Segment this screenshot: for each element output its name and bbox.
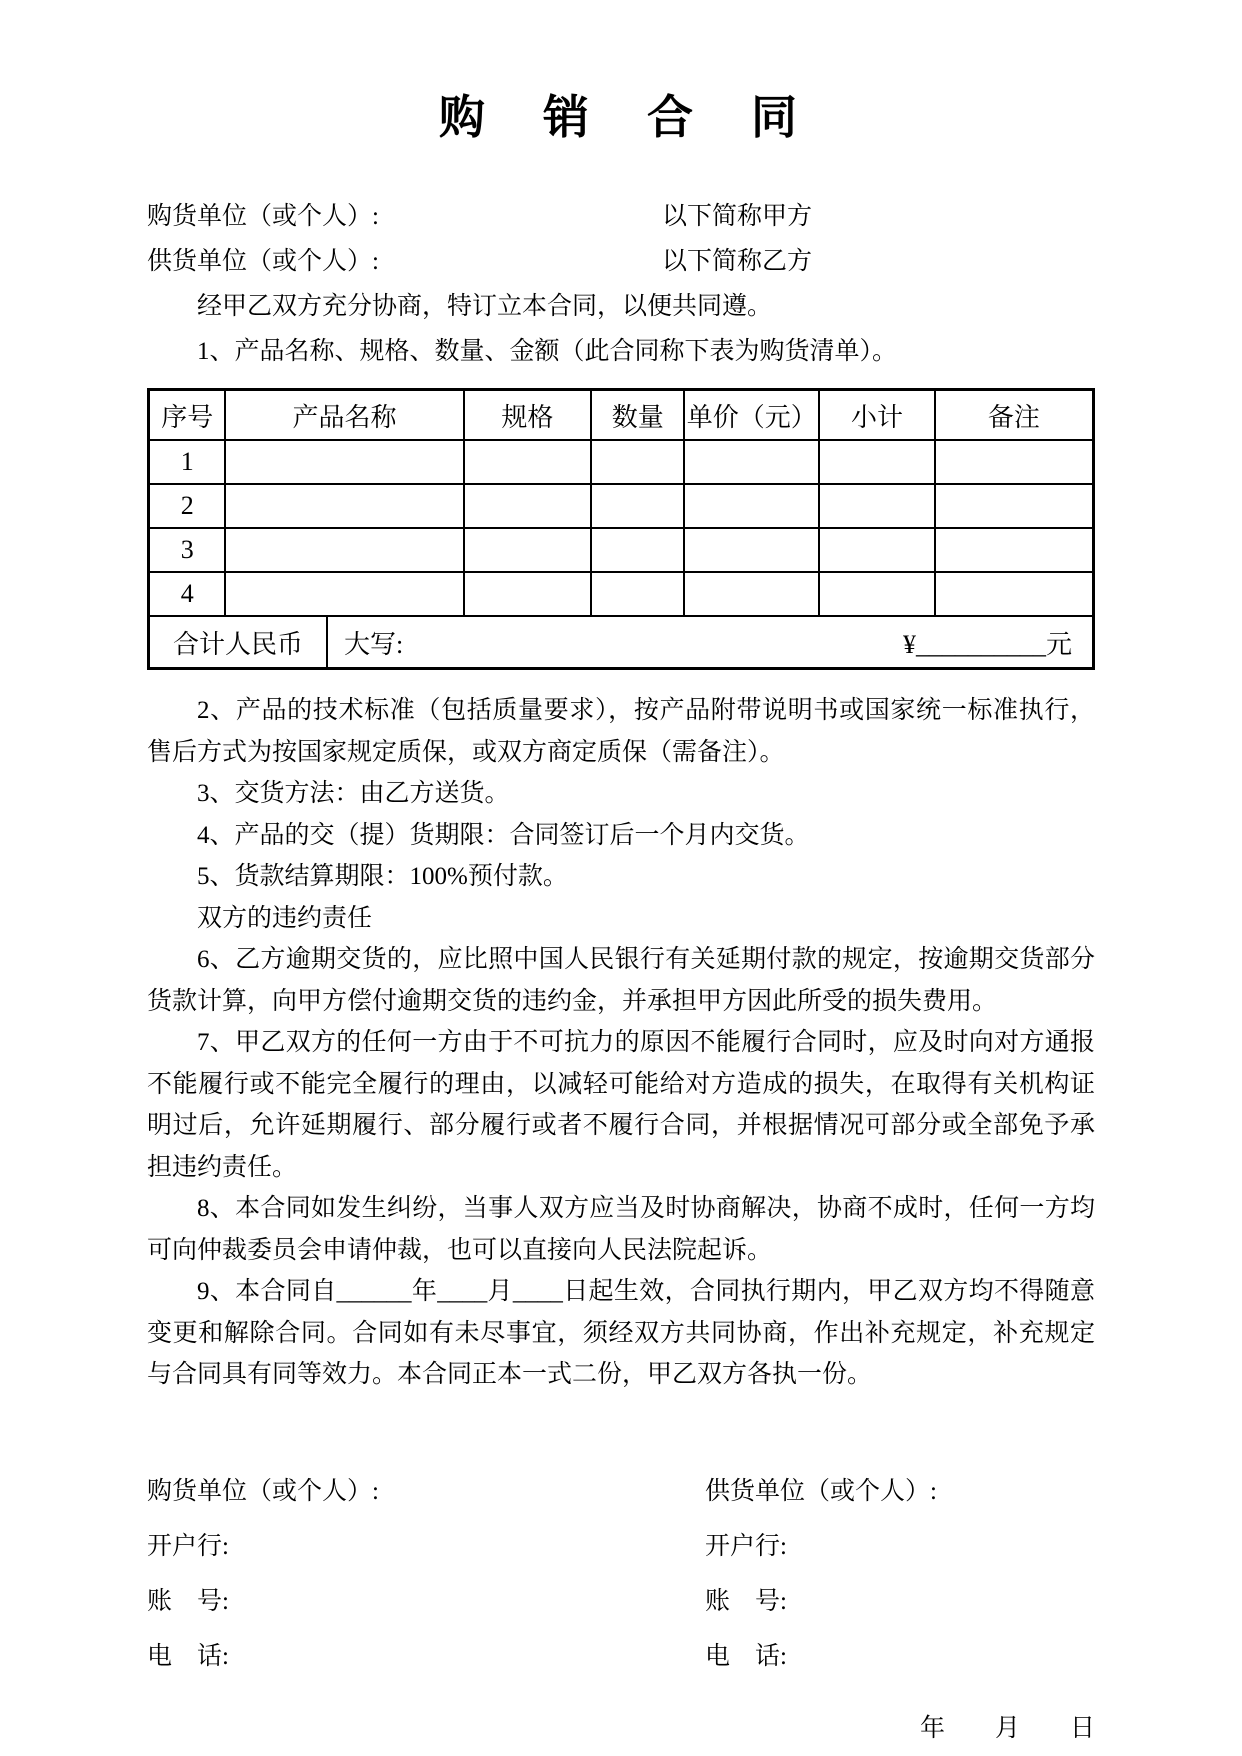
cell-spec — [464, 572, 592, 615]
seller-phone-label: 电 话: — [705, 1636, 1095, 1672]
cell-name — [225, 484, 463, 528]
seller-alias: 以下简称乙方 — [662, 239, 812, 284]
clause-4: 4、产品的交（提）货期限：合同签订后一个月内交货。 — [147, 815, 1095, 857]
clause-9: 9、本合同自______年____月____日起生效，合同执行期内，甲乙双方均不… — [147, 1271, 1095, 1396]
cell-price — [684, 572, 819, 615]
clause-6: 6、乙方逾期交货的，应比照中国人民银行有关延期付款的规定，按逾期交货部分货款计算… — [147, 939, 1095, 1022]
header-spec: 规格 — [464, 391, 592, 440]
seller-line: 供货单位（或个人）: 以下简称乙方 — [147, 239, 1095, 284]
clause-8: 8、本合同如发生纠纷，当事人双方应当及时协商解决，协商不成时，任何一方均可向仲裁… — [147, 1188, 1095, 1271]
cell-seq: 4 — [150, 572, 225, 615]
cell-price — [684, 484, 819, 528]
intro-block: 购货单位（或个人）: 以下简称甲方 供货单位（或个人）: 以下简称乙方 经甲乙双… — [147, 194, 1095, 374]
clauses-block: 2、产品的技术标准（包括质量要求），按产品附带说明书或国家统一标准执行，售后方式… — [147, 690, 1095, 1396]
clause-7: 7、甲乙双方的任何一方由于不可抗力的原因不能履行合同时，应及时向对方通报不能履行… — [147, 1022, 1095, 1188]
contract-document-page: 购 销 合 同 购货单位（或个人）: 以下简称甲方 供货单位（或个人）: 以下简… — [0, 0, 1242, 1756]
table-header-row: 序号 产品名称 规格 数量 单价（元） 小计 备注 — [150, 391, 1092, 440]
cell-subtotal — [819, 572, 934, 615]
seller-label: 供货单位（或个人）: — [147, 239, 662, 284]
cell-subtotal — [819, 528, 934, 572]
total-daxie-cell: 大写: ¥__________元 — [328, 624, 1092, 661]
cell-seq: 2 — [150, 484, 225, 528]
cell-subtotal — [819, 484, 934, 528]
cell-seq: 3 — [150, 528, 225, 572]
cell-price — [684, 528, 819, 572]
cell-spec — [464, 528, 592, 572]
header-note: 备注 — [935, 391, 1092, 440]
seller-bank-label: 开户行: — [705, 1526, 1095, 1562]
header-subtotal: 小计 — [819, 391, 934, 440]
header-seq: 序号 — [150, 391, 225, 440]
cell-spec — [464, 440, 592, 484]
clause-5: 5、货款结算期限：100%预付款。 — [147, 856, 1095, 898]
liability-heading: 双方的违约责任 — [147, 898, 1095, 940]
cell-qty — [591, 484, 684, 528]
signature-block: 购货单位（或个人）: 供货单位（或个人）: 开户行: 开户行: 账 号: 账 号… — [147, 1462, 1095, 1682]
header-name: 产品名称 — [225, 391, 463, 440]
header-price: 单价（元） — [684, 391, 819, 440]
goods-table: 序号 产品名称 规格 数量 单价（元） 小计 备注 1 — [147, 388, 1095, 670]
seller-sign-title: 供货单位（或个人）: — [705, 1471, 1095, 1507]
table-row: 1 — [150, 440, 1092, 484]
total-label: 合计人民币 — [150, 617, 328, 667]
buyer-sign-title: 购货单位（或个人）: — [147, 1471, 705, 1507]
buyer-alias: 以下简称甲方 — [662, 194, 812, 239]
buyer-bank-label: 开户行: — [147, 1526, 705, 1562]
total-row: 合计人民币 大写: ¥__________元 — [150, 615, 1092, 667]
document-title: 购 销 合 同 — [147, 88, 1095, 148]
cell-name — [225, 572, 463, 615]
clause-3: 3、交货方法：由乙方送货。 — [147, 773, 1095, 815]
cell-subtotal — [819, 440, 934, 484]
cell-qty — [591, 528, 684, 572]
table-row: 2 — [150, 484, 1092, 528]
cell-qty — [591, 572, 684, 615]
buyer-line: 购货单位（或个人）: 以下简称甲方 — [147, 194, 1095, 239]
cell-note — [935, 528, 1092, 572]
preamble-paragraph: 经甲乙双方充分协商，特订立本合同，以便共同遵。 — [147, 284, 1095, 329]
cell-name — [225, 528, 463, 572]
table-row: 3 — [150, 528, 1092, 572]
clause-1-paragraph: 1、产品名称、规格、数量、金额（此合同称下表为购货清单）。 — [147, 329, 1095, 374]
date-blank-line: 年 月 日 — [147, 1708, 1095, 1744]
cell-note — [935, 440, 1092, 484]
buyer-label: 购货单位（或个人）: — [147, 194, 662, 239]
cell-seq: 1 — [150, 440, 225, 484]
cell-note — [935, 484, 1092, 528]
buyer-phone-label: 电 话: — [147, 1636, 705, 1672]
buyer-account-label: 账 号: — [147, 1581, 705, 1617]
cell-price — [684, 440, 819, 484]
cell-note — [935, 572, 1092, 615]
seller-account-label: 账 号: — [705, 1581, 1095, 1617]
cell-name — [225, 440, 463, 484]
cell-qty — [591, 440, 684, 484]
table-row: 4 — [150, 572, 1092, 615]
amount-blank: ¥__________元 — [903, 624, 1072, 661]
clause-2: 2、产品的技术标准（包括质量要求），按产品附带说明书或国家统一标准执行，售后方式… — [147, 690, 1095, 773]
cell-spec — [464, 484, 592, 528]
daxie-label: 大写: — [344, 624, 403, 661]
header-qty: 数量 — [591, 391, 684, 440]
